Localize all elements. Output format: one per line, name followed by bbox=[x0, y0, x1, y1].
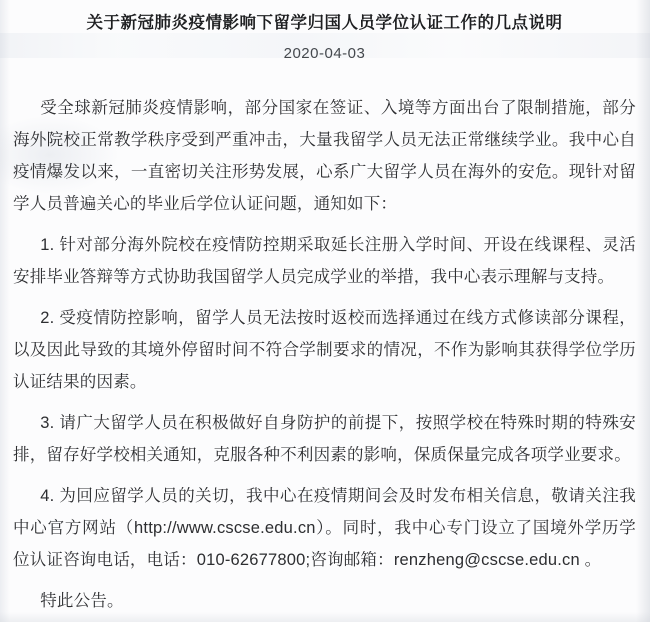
item-4-paragraph: 4. 为回应留学人员的关切，我中心在疫情期间会及时发布相关信息，敬请关注我中心官… bbox=[13, 480, 636, 576]
document-body: 关于新冠肺炎疫情影响下留学归国人员学位认证工作的几点说明 2020-04-03 … bbox=[0, 0, 650, 617]
publish-date: 2020-04-03 bbox=[13, 45, 636, 62]
item-1-paragraph: 1. 针对部分海外院校在疫情防控期采取延长注册入学时间、开设在线课程、灵活安排毕… bbox=[13, 229, 636, 293]
announcement-page: 关于新冠肺炎疫情影响下留学归国人员学位认证工作的几点说明 2020-04-03 … bbox=[0, 0, 650, 622]
closing-paragraph: 特此公告。 bbox=[13, 585, 636, 617]
page-title: 关于新冠肺炎疫情影响下留学归国人员学位认证工作的几点说明 bbox=[13, 12, 636, 34]
intro-paragraph: 受全球新冠肺炎疫情影响，部分国家在签证、入境等方面出台了限制措施，部分海外院校正… bbox=[13, 92, 636, 220]
item-3-paragraph: 3. 请广大留学人员在积极做好自身防护的前提下，按照学校在特殊时期的特殊安排，留… bbox=[13, 407, 636, 471]
item-2-paragraph: 2. 受疫情防控影响，留学人员无法按时返校而选择通过在线方式修读部分课程，以及因… bbox=[13, 302, 636, 398]
